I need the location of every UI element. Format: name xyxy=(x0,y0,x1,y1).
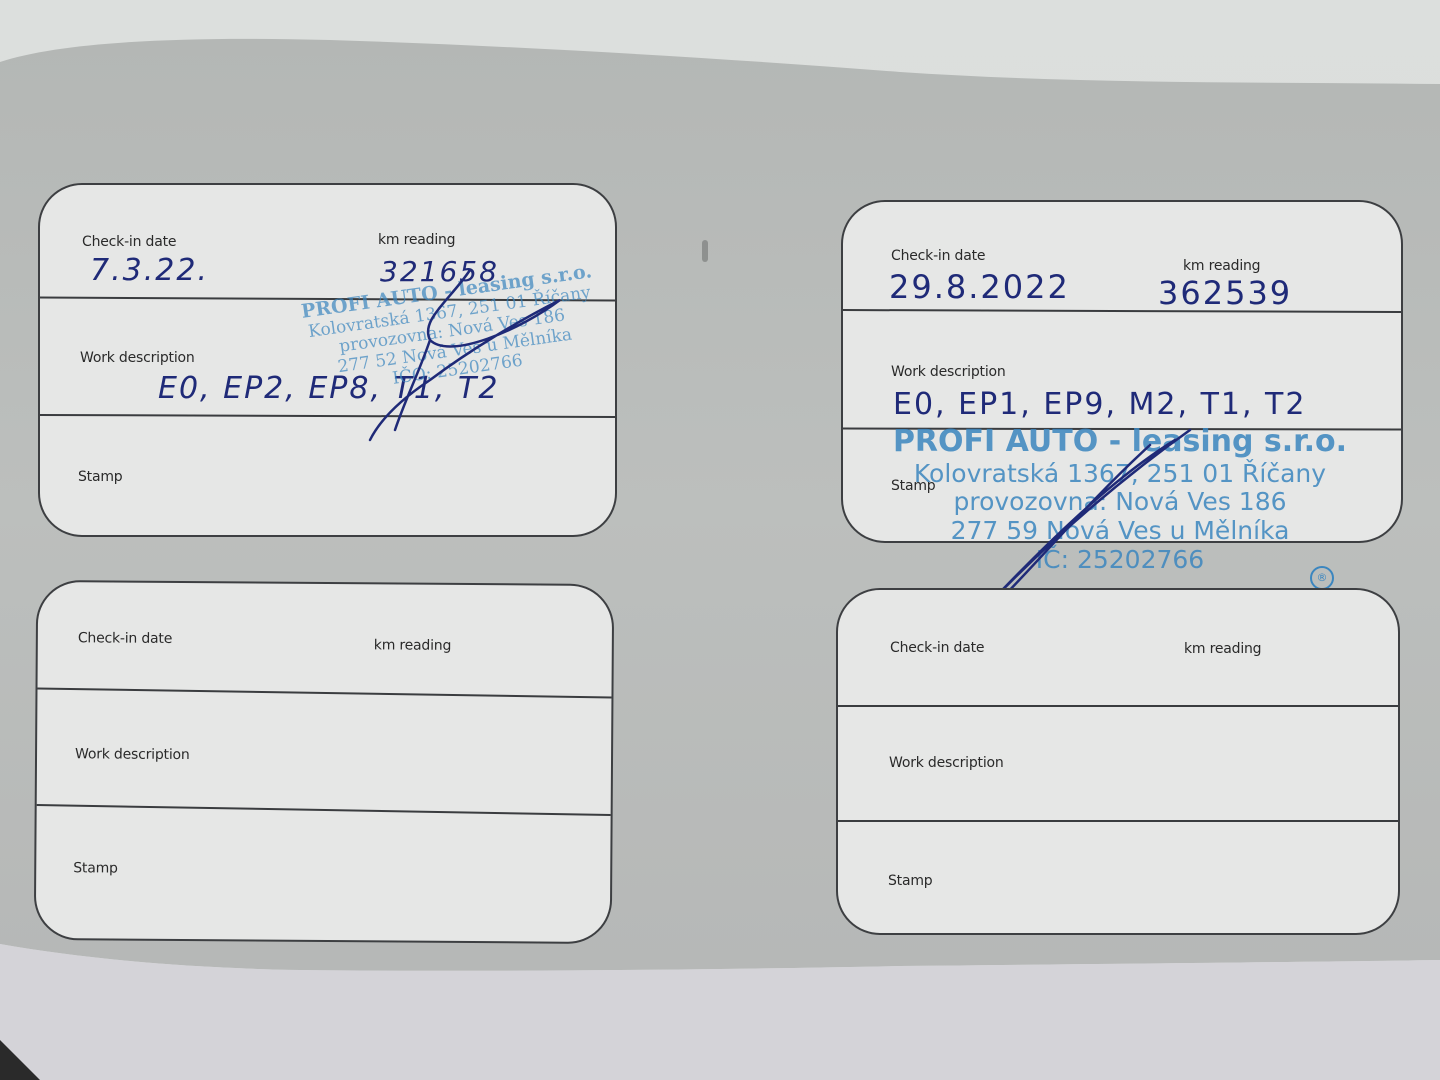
km-reading-label: km reading xyxy=(1183,258,1260,274)
company-stamp-2: PROFI AUTO - leasing s.r.o. Kolovratská … xyxy=(890,425,1350,575)
checkin-date-label: Check-in date xyxy=(78,630,172,647)
service-card-3: Check-in date km reading Work descriptio… xyxy=(34,580,614,944)
km-reading-value: 362539 xyxy=(1158,274,1292,312)
checkin-date-value: 7.3.22. xyxy=(90,253,209,288)
km-reading-label: km reading xyxy=(1184,641,1261,657)
work-description-label: Work description xyxy=(75,746,190,763)
km-reading-label: km reading xyxy=(378,232,455,248)
km-reading-label: km reading xyxy=(374,637,451,654)
stamp-label: Stamp xyxy=(73,860,118,876)
work-description-label: Work description xyxy=(889,755,1004,771)
work-description-label: Work description xyxy=(80,350,195,366)
service-card-4: Check-in date km reading Work descriptio… xyxy=(836,588,1400,935)
stamp-label: Stamp xyxy=(78,469,122,485)
work-description-value: E0, EP1, EP9, M2, T1, T2 xyxy=(893,387,1306,422)
checkin-date-label: Check-in date xyxy=(82,234,176,250)
checkin-date-label: Check-in date xyxy=(890,640,984,656)
work-description-label: Work description xyxy=(891,364,1006,380)
service-booklet-page: Check-in date km reading Work descriptio… xyxy=(0,0,1440,1080)
stamp-label: Stamp xyxy=(888,873,932,889)
checkin-date-value: 29.8.2022 xyxy=(889,268,1070,306)
checkin-date-label: Check-in date xyxy=(891,248,985,264)
registered-mark: ® xyxy=(1310,566,1334,590)
ink-speck xyxy=(702,240,708,262)
